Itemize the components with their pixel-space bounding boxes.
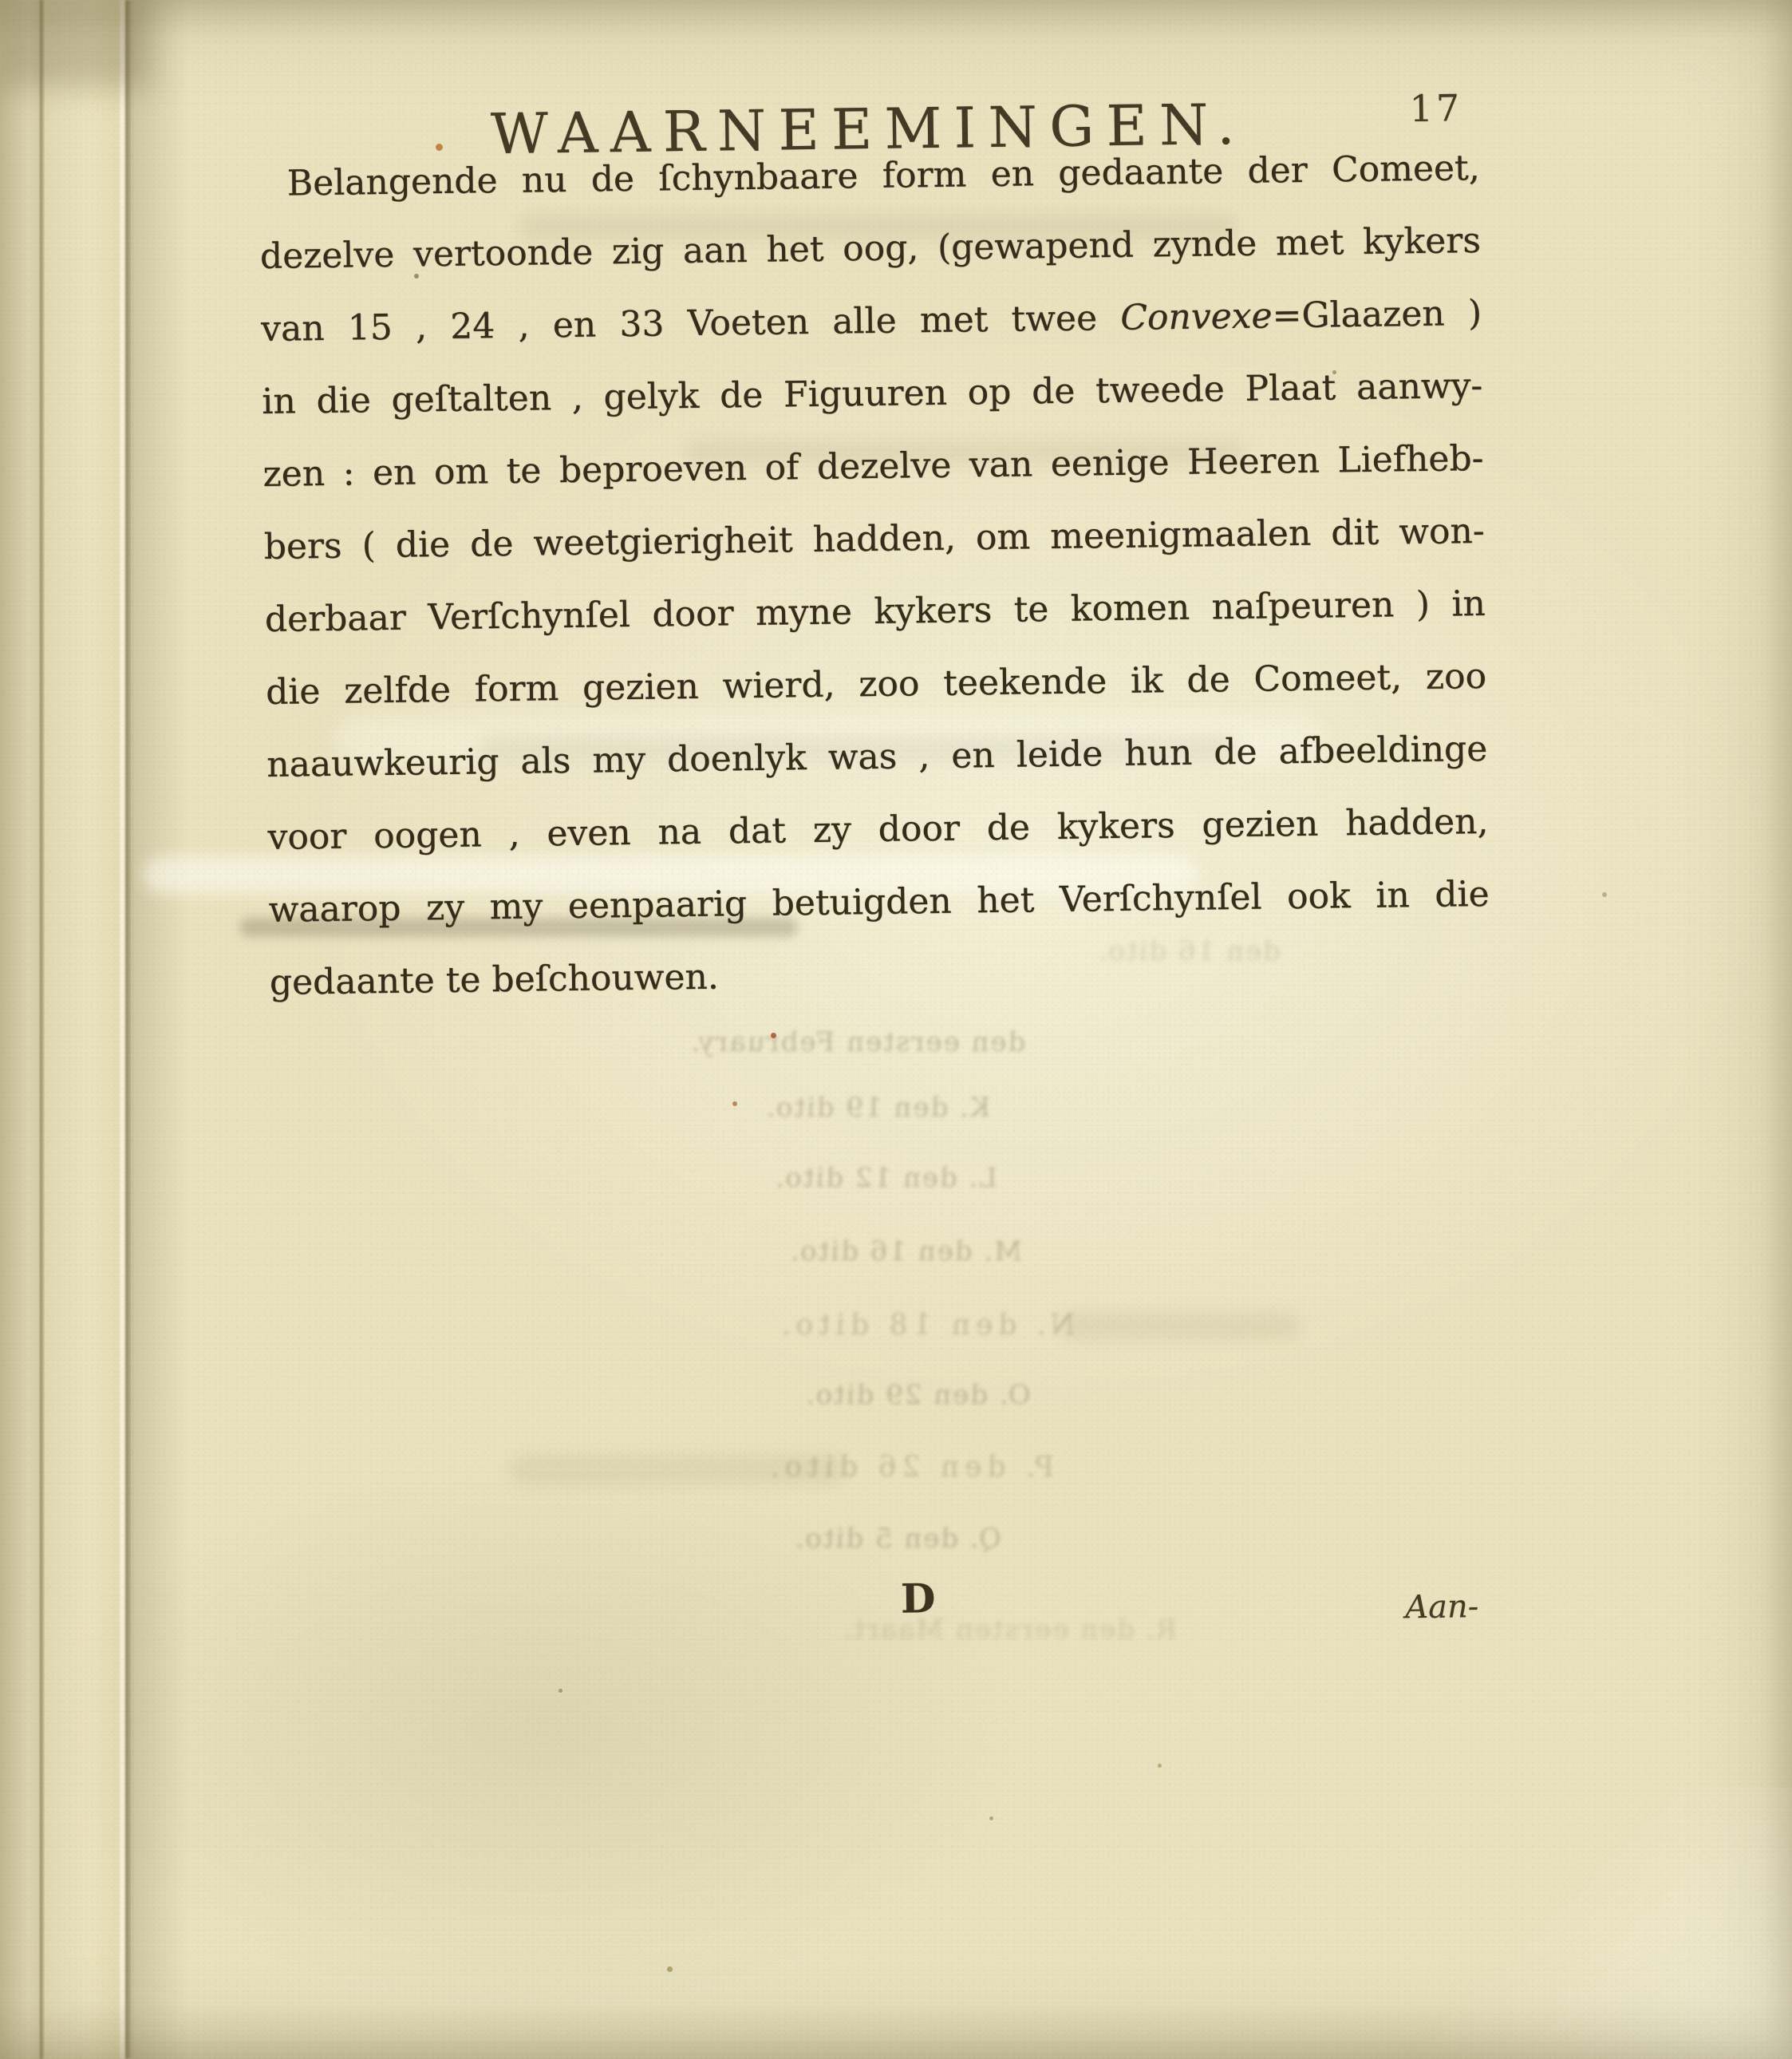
paragraph: Belangende nu de ſchynbaare form en geda… [259, 132, 1490, 1019]
paper-speck [771, 1033, 776, 1038]
paper-speck [1602, 892, 1607, 897]
paper-speck [1158, 1764, 1162, 1768]
page-number: 17 [1409, 86, 1462, 130]
paper-speck [989, 1816, 993, 1820]
paper-speck [667, 1966, 673, 1972]
book-page-scan: den 16 dito. den eersten February. K. de… [0, 0, 1792, 2059]
paper-speck [559, 1689, 562, 1693]
paper-speck [1332, 370, 1336, 374]
paper-speck [732, 1101, 737, 1106]
catchword: Aan- [1405, 1588, 1479, 1626]
signature-mark: D [901, 1575, 936, 1622]
printed-content: . WAARNEEMINGEN. 17 Belangende nu de ſch… [0, 0, 1792, 2059]
body-line: gedaante te beſchouwen. [269, 931, 1490, 1019]
paper-speck [436, 144, 443, 151]
paper-speck [414, 274, 419, 279]
